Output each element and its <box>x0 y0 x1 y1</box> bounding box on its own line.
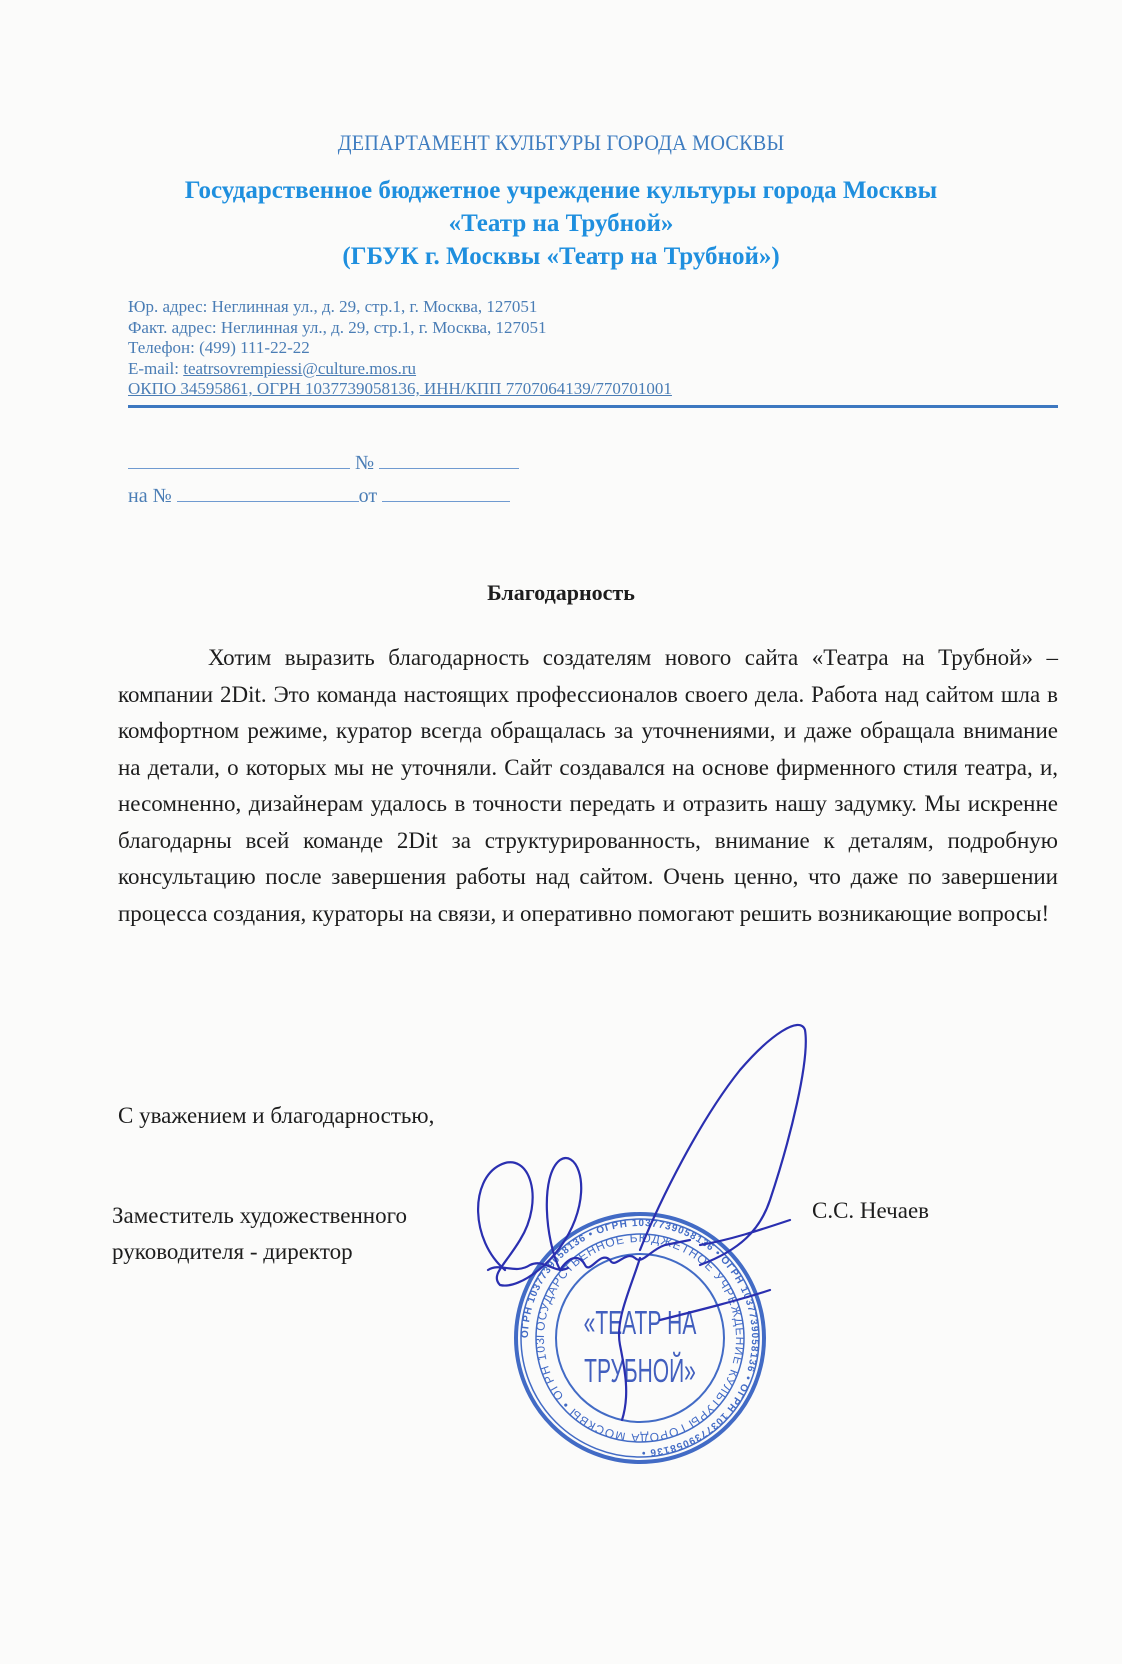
svg-text:«ТЕАТР НА: «ТЕАТР НА <box>584 1304 697 1341</box>
stamp-icon: ГОСУДАРСТВЕННОЕ БЮДЖЕТНОЕ УЧРЕЖДЕНИЕ КУЛ… <box>0 0 764 1462</box>
stamp-and-signature: ГОСУДАРСТВЕННОЕ БЮДЖЕТНОЕ УЧРЕЖДЕНИЕ КУЛ… <box>0 0 1122 1664</box>
svg-text:ТРУБНОЙ»: ТРУБНОЙ» <box>584 1352 696 1389</box>
